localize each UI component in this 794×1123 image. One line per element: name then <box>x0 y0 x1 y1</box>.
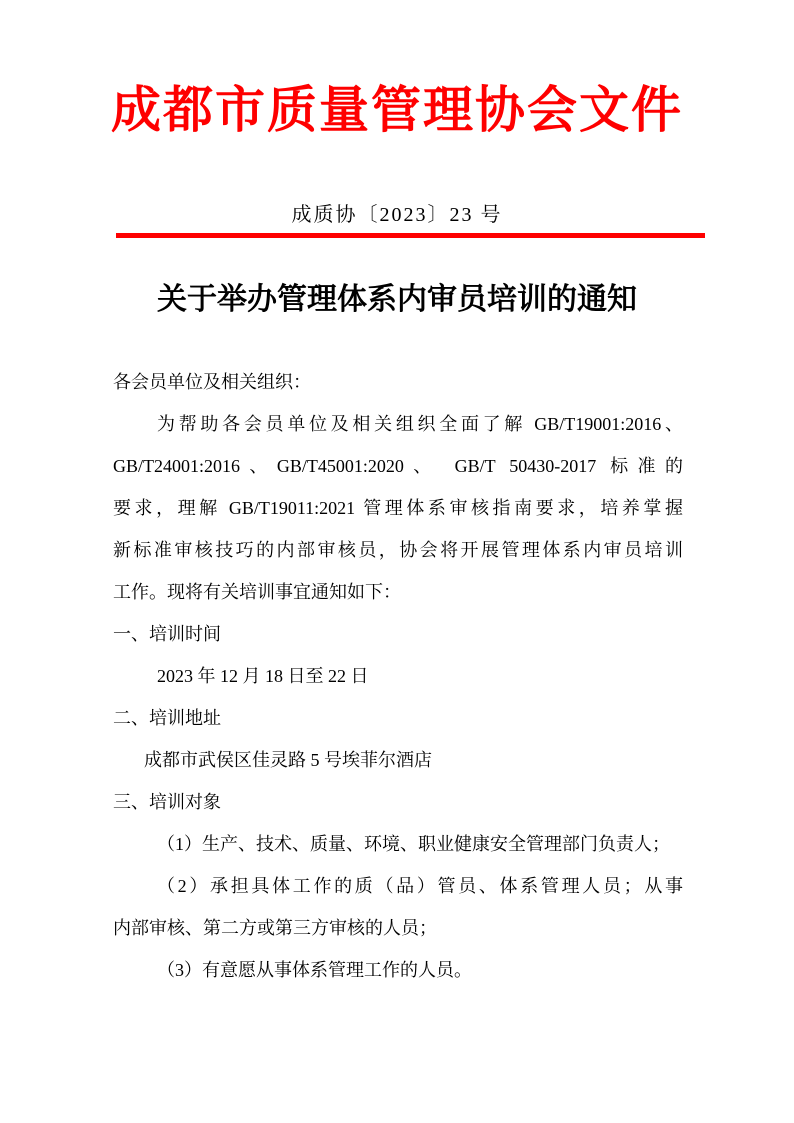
document-body: 各会员单位及相关组织： 为帮助各会员单位及相关组织全面了解 GB/T19001:… <box>113 361 683 991</box>
salutation: 各会员单位及相关组织： <box>113 361 683 403</box>
red-header-title: 成都市质量管理协会文件 <box>0 78 794 143</box>
trainee-item-3: （3）有意愿从事体系管理工作的人员。 <box>113 949 683 991</box>
intro-paragraph-line-5: 工作。现将有关培训事宜通知如下： <box>113 571 683 613</box>
intro-paragraph-line-2: GB/T24001:2016、GB/T45001:2020、 GB/T 5043… <box>113 445 683 487</box>
section-1-heading: 一、培训时间 <box>113 613 683 655</box>
red-divider-rule <box>116 233 705 238</box>
document-number: 成质协〔2023〕23 号 <box>0 201 794 229</box>
intro-paragraph-line-4: 新标准审核技巧的内部审核员，协会将开展管理体系内审员培训 <box>113 529 683 571</box>
section-2-heading: 二、培训地址 <box>113 697 683 739</box>
training-address: 成都市武侯区佳灵路 5 号埃菲尔酒店 <box>113 739 683 781</box>
document-page: 成都市质量管理协会文件 成质协〔2023〕23 号 关于举办管理体系内审员培训的… <box>0 0 794 1123</box>
intro-paragraph-line-1: 为帮助各会员单位及相关组织全面了解 GB/T19001:2016、 <box>113 403 683 445</box>
section-3-heading: 三、培训对象 <box>113 781 683 823</box>
document-title: 关于举办管理体系内审员培训的通知 <box>0 278 794 322</box>
intro-paragraph-line-3: 要求，理解 GB/T19011:2021 管理体系审核指南要求，培养掌握 <box>113 487 683 529</box>
trainee-item-2-line-2: 内部审核、第二方或第三方审核的人员； <box>113 907 683 949</box>
trainee-item-2-line-1: （2）承担具体工作的质（品）管员、体系管理人员；从事 <box>113 865 683 907</box>
training-date: 2023 年 12 月 18 日至 22 日 <box>113 655 683 697</box>
trainee-item-1: （1）生产、技术、质量、环境、职业健康安全管理部门负责人； <box>113 823 683 865</box>
